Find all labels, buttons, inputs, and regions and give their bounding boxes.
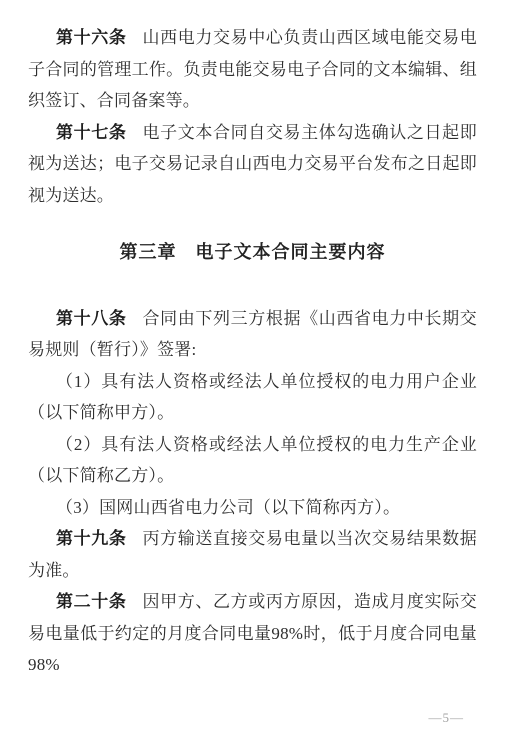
article-number-label: 第十八条 [56, 309, 127, 328]
page-number: —5— [429, 710, 465, 725]
numbered-item: （2）具有法人资格或经法人单位授权的电力生产企业（以下简称乙方）。 [28, 429, 477, 492]
article-paragraph: 第十九条丙方输送直接交易电量以当次交易结果数据为准。 [28, 523, 477, 586]
document-body: 第十六条山西电力交易中心负责山西区域电能交易电子合同的管理工作。负责电能交易电子… [0, 0, 506, 681]
chapter-heading: 第三章 电子文本合同主要内容 [28, 237, 477, 269]
article-paragraph: 第十七条电子文本合同自交易主体勾选确认之日起即视为送达；电子交易记录自山西电力交… [28, 117, 477, 212]
article-paragraph: 第十八条合同由下列三方根据《山西省电力中长期交易规则（暂行）》签署: [28, 303, 477, 366]
page-footer: —5— [429, 709, 465, 727]
numbered-item: （3）国网山西省电力公司（以下简称丙方）。 [28, 492, 477, 524]
article-number-label: 第十九条 [56, 529, 127, 548]
article-paragraph: 第十六条山西电力交易中心负责山西区域电能交易电子合同的管理工作。负责电能交易电子… [28, 22, 477, 117]
numbered-item: （1）具有法人资格或经法人单位授权的电力用户企业（以下简称甲方）。 [28, 366, 477, 429]
article-number-label: 第二十条 [56, 592, 127, 611]
article-paragraph: 第二十条因甲方、乙方或丙方原因，造成月度实际交易电量低于约定的月度合同电量98%… [28, 586, 477, 681]
document-page: 第十六条山西电力交易中心负责山西区域电能交易电子合同的管理工作。负责电能交易电子… [0, 0, 506, 731]
article-number-label: 第十七条 [56, 123, 127, 142]
article-number-label: 第十六条 [56, 28, 127, 47]
